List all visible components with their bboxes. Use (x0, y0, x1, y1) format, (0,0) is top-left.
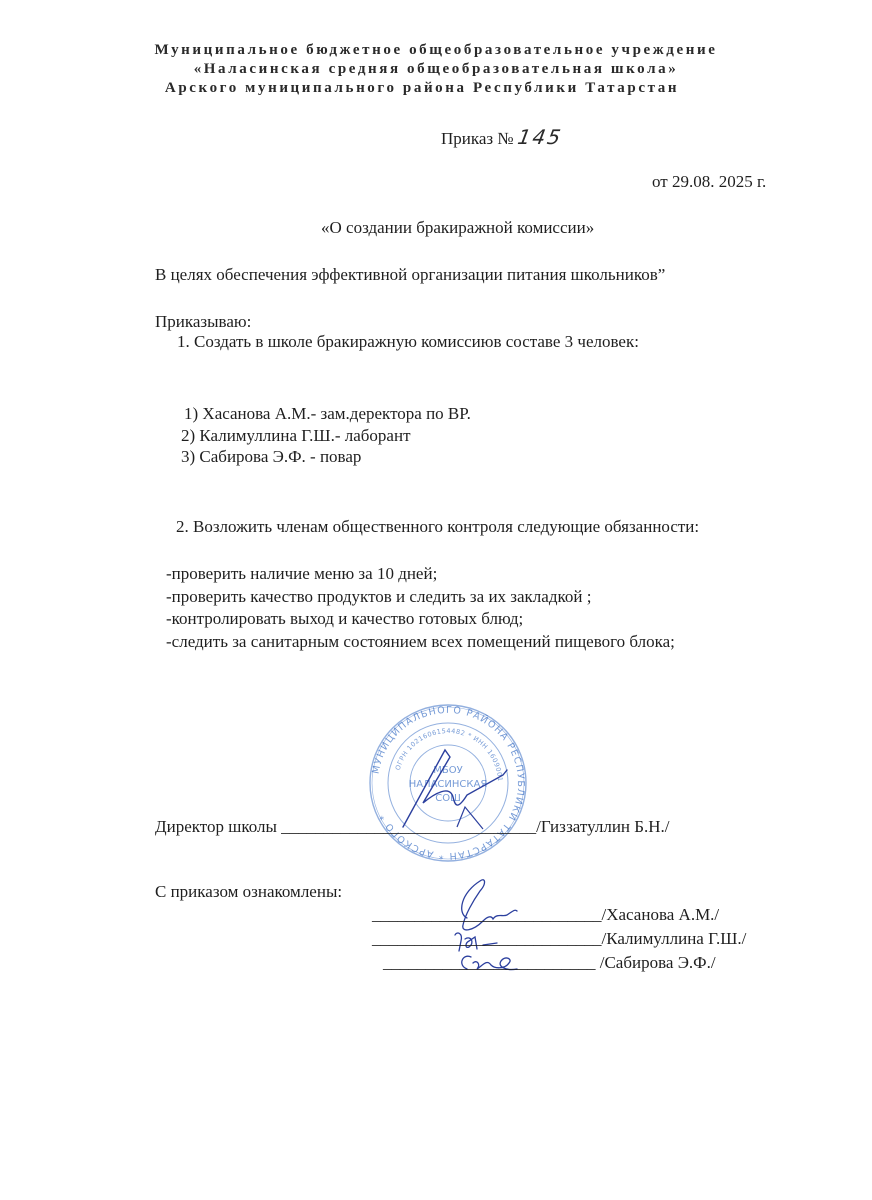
item-2: 2. Возложить членам общественного контро… (176, 517, 699, 537)
acknowledgment-row-2: ___________________________/Калимуллина … (372, 929, 746, 949)
director-label: Директор школы (155, 817, 277, 836)
director-name: /Гиззатуллин Б.Н./ (536, 817, 669, 836)
institution-line-1: Муниципальное бюджетное общеобразователь… (0, 42, 872, 59)
member-3: 3) Сабирова Э.Ф. - повар (181, 447, 361, 467)
director-signature-line: ______________________________ (281, 817, 536, 836)
order-title-prefix: Приказ № (441, 129, 514, 148)
signature-line: _________________________ (383, 953, 596, 972)
ack-name: /Калимуллина Г.Ш./ (602, 929, 747, 948)
order-date: от 29.08. 2025 г. (652, 172, 766, 192)
signature-line: ___________________________ (372, 929, 602, 948)
order-number-handwritten: 145 (516, 127, 564, 147)
decree-word: Приказываю: (155, 312, 251, 332)
member-2: 2) Калимуллина Г.Ш.- лаборант (181, 426, 411, 446)
duty-2: -проверить качество продуктов и следить … (166, 587, 591, 607)
ack-name: /Хасанова А.М./ (602, 905, 720, 924)
signature-line: ___________________________ (372, 905, 602, 924)
order-title: Приказ № 145 (441, 127, 562, 149)
member-1: 1) Хасанова А.М.- зам.деректора по ВР. (184, 404, 471, 424)
item-1: 1. Создать в школе бракиражную комиссиюв… (177, 332, 639, 352)
acknowledgment-row-3: _________________________ /Сабирова Э.Ф.… (383, 953, 716, 973)
preamble: В целях обеспечения эффективной организа… (155, 265, 665, 285)
acknowledged-label: С приказом ознакомлены: (155, 882, 342, 902)
order-subject: «О создании бракиражной комиссии» (321, 218, 594, 238)
ack-name: /Сабирова Э.Ф./ (596, 953, 716, 972)
institution-line-3: Арского муниципального района Республики… (0, 80, 858, 97)
duty-1: -проверить наличие меню за 10 дней; (166, 564, 437, 584)
director-row: Директор школы _________________________… (155, 817, 670, 837)
institution-line-2: «Наласинская средняя общеобразовательная… (0, 61, 872, 78)
duty-4: -следить за санитарным состоянием всех п… (166, 632, 675, 652)
acknowledgment-row-1: ___________________________/Хасанова А.М… (372, 905, 719, 925)
duty-3: -контролировать выход и качество готовых… (166, 609, 523, 629)
